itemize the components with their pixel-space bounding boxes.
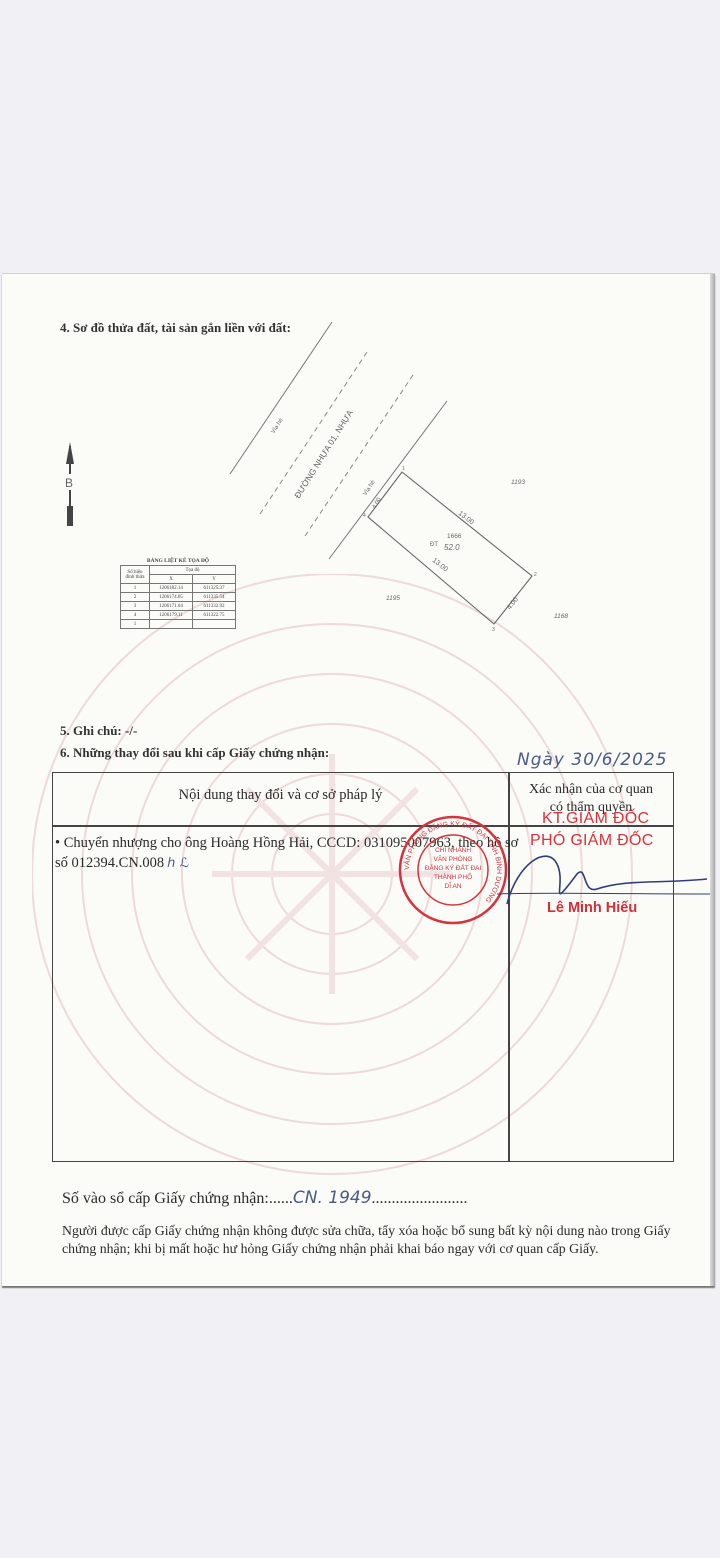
- notice-text: Người được cấp Giấy chứng nhận không đượ…: [62, 1222, 672, 1258]
- svg-text:4.00: 4.00: [506, 596, 520, 611]
- registration-number: Số vào sổ cấp Giấy chứng nhận:......CN. …: [62, 1188, 468, 1208]
- handwritten-date: Ngày 30/6/2025: [517, 750, 668, 770]
- svg-text:1: 1: [402, 466, 405, 472]
- north-arrow-icon: B: [62, 442, 78, 526]
- coordinate-row: 31206171.04611332.92: [121, 602, 236, 611]
- svg-text:ĐT: ĐT: [430, 542, 438, 548]
- coordinate-table: BẢNG LIỆT KÊ TỌA ĐỘ Số hiệu đỉnh thửa Tọ…: [120, 558, 236, 629]
- certificate-page: 4. Sơ đồ thửa đất, tài sản gắn liền với …: [2, 273, 715, 1286]
- signature-title-1: KT.GIÁM ĐỐC: [542, 810, 649, 828]
- svg-text:Vỉa hè: Vỉa hè: [362, 478, 377, 497]
- section-6-title: 6. Những thay đổi sau khi cấp Giấy chứng…: [60, 745, 329, 761]
- coordinate-row: 41206179.11611322.75: [121, 611, 236, 620]
- svg-text:B: B: [65, 476, 73, 490]
- svg-text:1666: 1666: [447, 533, 462, 540]
- svg-text:1168: 1168: [554, 613, 568, 620]
- svg-text:DĨ AN: DĨ AN: [445, 881, 462, 890]
- changes-table: Nội dung thay đổi và cơ sở pháp lý Xác n…: [52, 772, 674, 1162]
- svg-text:Vỉa hè: Vỉa hè: [270, 416, 285, 435]
- svg-text:1193: 1193: [511, 479, 525, 486]
- svg-text:CHI NHÁNH: CHI NHÁNH: [435, 845, 471, 854]
- parcel-map: B ĐƯỜNG NHỰA 01, NHỰA Vỉa hè Vỉa hè 4.00…: [2, 274, 715, 734]
- svg-text:ĐĂNG KÝ ĐẤT ĐAI: ĐĂNG KÝ ĐẤT ĐAI: [425, 862, 482, 872]
- svg-text:1195: 1195: [386, 595, 400, 602]
- svg-text:2: 2: [534, 572, 537, 578]
- svg-text:3: 3: [492, 627, 495, 633]
- svg-text:13.00: 13.00: [431, 557, 449, 573]
- coordinate-row: 21206174.05611335.54: [121, 593, 236, 602]
- svg-text:4: 4: [363, 513, 366, 519]
- svg-text:THÀNH PHỐ: THÀNH PHỐ: [434, 871, 472, 881]
- svg-text:ĐƯỜNG NHỰA 01, NHỰA: ĐƯỜNG NHỰA 01, NHỰA: [292, 408, 355, 500]
- signer-name: Lê Minh Hiếu: [547, 900, 637, 916]
- coordinate-row: 1: [121, 620, 236, 629]
- svg-text:52.0: 52.0: [444, 543, 460, 552]
- coordinate-row: 11206182.14611325.37: [121, 584, 236, 593]
- svg-text:VĂN PHÒNG: VĂN PHÒNG: [433, 854, 472, 863]
- section-5-title: 5. Ghi chú: -/-: [60, 723, 137, 739]
- header-content: Nội dung thay đổi và cơ sở pháp lý: [53, 787, 508, 804]
